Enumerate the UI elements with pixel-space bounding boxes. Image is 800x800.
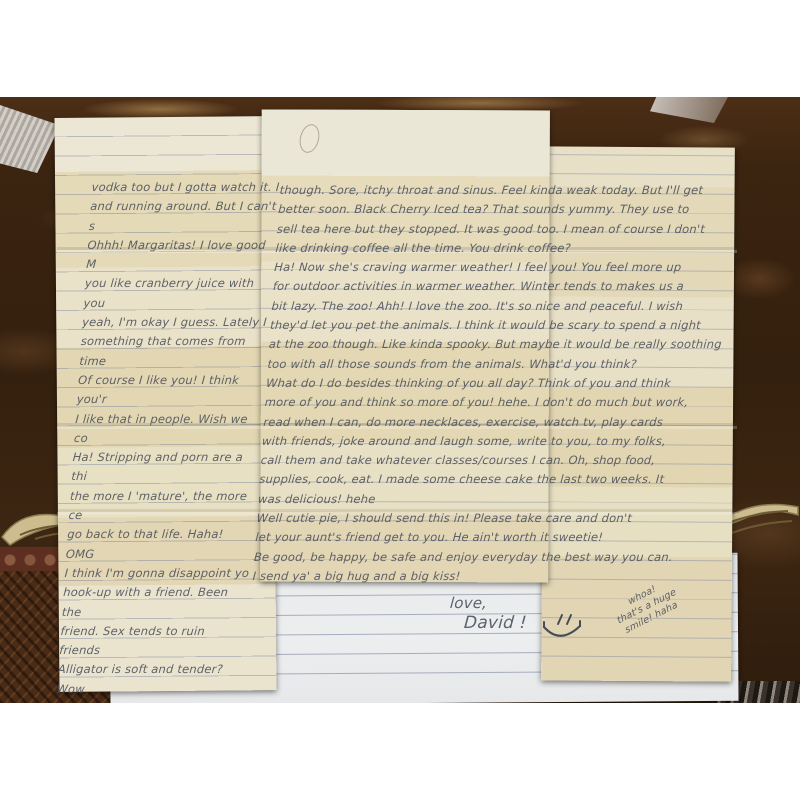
left-column-text: vodka too but I gotta watch it. I and ru… <box>56 178 281 700</box>
plastic-corner-object <box>0 105 60 173</box>
letter-photo: vodka too but I gotta watch it. I and ru… <box>0 97 800 703</box>
photo-canvas: vodka too but I gotta watch it. I and ru… <box>0 0 800 800</box>
signature-name: David ! <box>463 613 527 633</box>
smiley-face-icon <box>536 613 588 645</box>
light-reflection <box>650 97 728 123</box>
right-column-text: though. Sore, itchy throat and sinus. Fe… <box>252 181 751 589</box>
signature-salutation: love, <box>449 594 487 612</box>
